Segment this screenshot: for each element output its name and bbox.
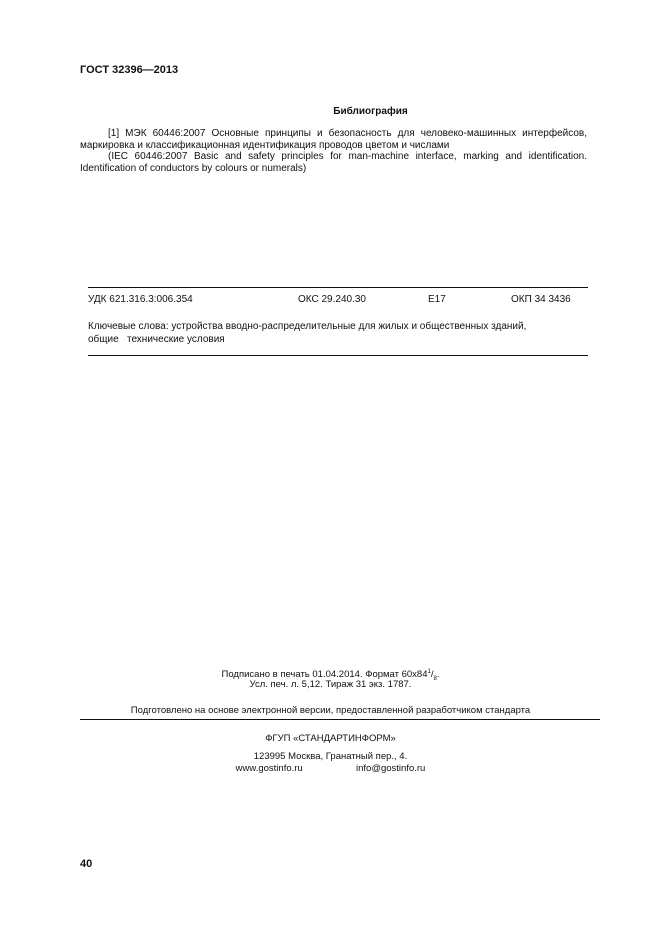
group-code: Е17 bbox=[428, 294, 446, 305]
bottom-divider bbox=[88, 355, 588, 356]
imprint-print-info: Усл. печ. л. 5,12. Тираж 31 экз. 1787. bbox=[0, 679, 661, 691]
top-divider bbox=[88, 287, 588, 288]
publisher-website[interactable]: www.gostinfo.ru bbox=[236, 763, 303, 774]
keywords-line: Ключевые слова: устройства вводно-распре… bbox=[88, 320, 588, 333]
imprint-divider bbox=[80, 719, 600, 720]
bibliography-title: Библиография bbox=[0, 106, 661, 117]
bibliography-entry-line: маркировка и классификационная идентифик… bbox=[80, 140, 587, 152]
bibliography-entry: [1] МЭК 60446:2007 Основные принципы и б… bbox=[80, 128, 587, 174]
keywords-line: общие технические условия bbox=[88, 333, 588, 346]
publisher-contacts: www.gostinfo.ru info@gostinfo.ru bbox=[0, 763, 661, 775]
publisher-email[interactable]: info@gostinfo.ru bbox=[356, 763, 425, 774]
bibliography-entry-line: (IEC 60446:2007 Basic and safety princip… bbox=[80, 151, 587, 163]
keywords: Ключевые слова: устройства вводно-распре… bbox=[88, 320, 588, 346]
bibliography-entry-line: Identification of conductors by colours … bbox=[80, 163, 587, 175]
publisher-name: ФГУП «СТАНДАРТИНФОРМ» bbox=[0, 733, 661, 745]
okp-code: ОКП 34 3436 bbox=[511, 294, 571, 305]
oks-code: ОКС 29.240.30 bbox=[298, 294, 366, 305]
prepared-note: Подготовлено на основе электронной верси… bbox=[0, 705, 661, 717]
page-number: 40 bbox=[80, 858, 92, 870]
format-fraction-numerator: 1 bbox=[428, 669, 431, 675]
publisher-address: 123995 Москва, Гранатный пер., 4. bbox=[0, 751, 661, 763]
document-standard-id: ГОСТ 32396—2013 bbox=[80, 64, 178, 76]
udk-code: УДК 621.316.3:006.354 bbox=[88, 294, 193, 305]
bibliography-entry-line: [1] МЭК 60446:2007 Основные принципы и б… bbox=[80, 128, 587, 140]
